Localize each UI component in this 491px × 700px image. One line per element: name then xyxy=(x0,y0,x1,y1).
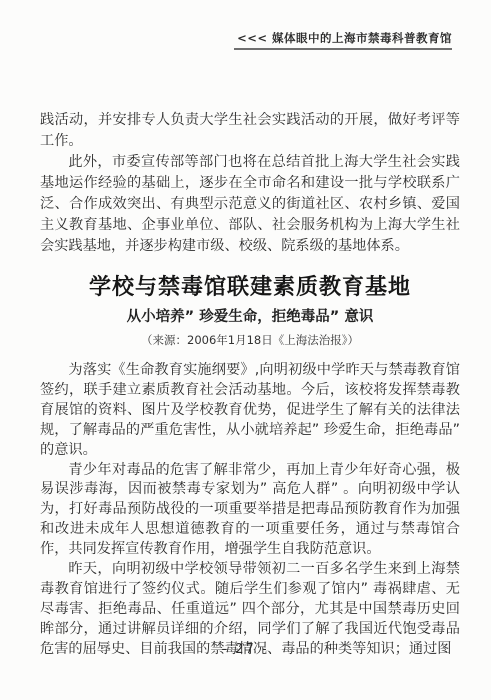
page-header: <<< 媒体眼中的上海市禁毒科普教育馆 xyxy=(0,31,452,64)
page-footer: - 27 - xyxy=(0,642,491,657)
article-source: （来源：2006年1月18日《上海法治报》） xyxy=(40,332,460,348)
header-rule xyxy=(234,48,452,50)
paragraph: 此外，市委宣传部等部门也将在总结首批上海大学生社会实践基地运作经验的基础上，逐步… xyxy=(40,152,460,257)
book-page: <<< 媒体眼中的上海市禁毒科普教育馆 践活动，并安排专人负责大学生社会实践活动… xyxy=(0,0,491,700)
article-subtitle: 从小培养” 珍爱生命，拒绝毒品” 意识 xyxy=(40,306,460,328)
page-content: 践活动，并安排专人负责大学生社会实践活动的开展，做好考评等工作。 此外，市委宣传… xyxy=(40,110,460,660)
paragraph-continuation: 践活动，并安排专人负责大学生社会实践活动的开展，做好考评等工作。 xyxy=(40,110,460,152)
paragraph: 青少年对毒品的危害了解非常少，再加上青少年好奇心强，极易误涉毒海，因而被禁毒专家… xyxy=(40,461,460,561)
running-head: <<< 媒体眼中的上海市禁毒科普教育馆 xyxy=(0,31,452,45)
article-title: 学校与禁毒馆联建素质教育基地 xyxy=(40,273,460,303)
page-number: - 27 - xyxy=(222,642,268,657)
paragraph: 为落实《生命教育实施纲要》,向明初级中学昨天与禁毒教育馆签约，联手建立素质教育社… xyxy=(40,361,460,461)
